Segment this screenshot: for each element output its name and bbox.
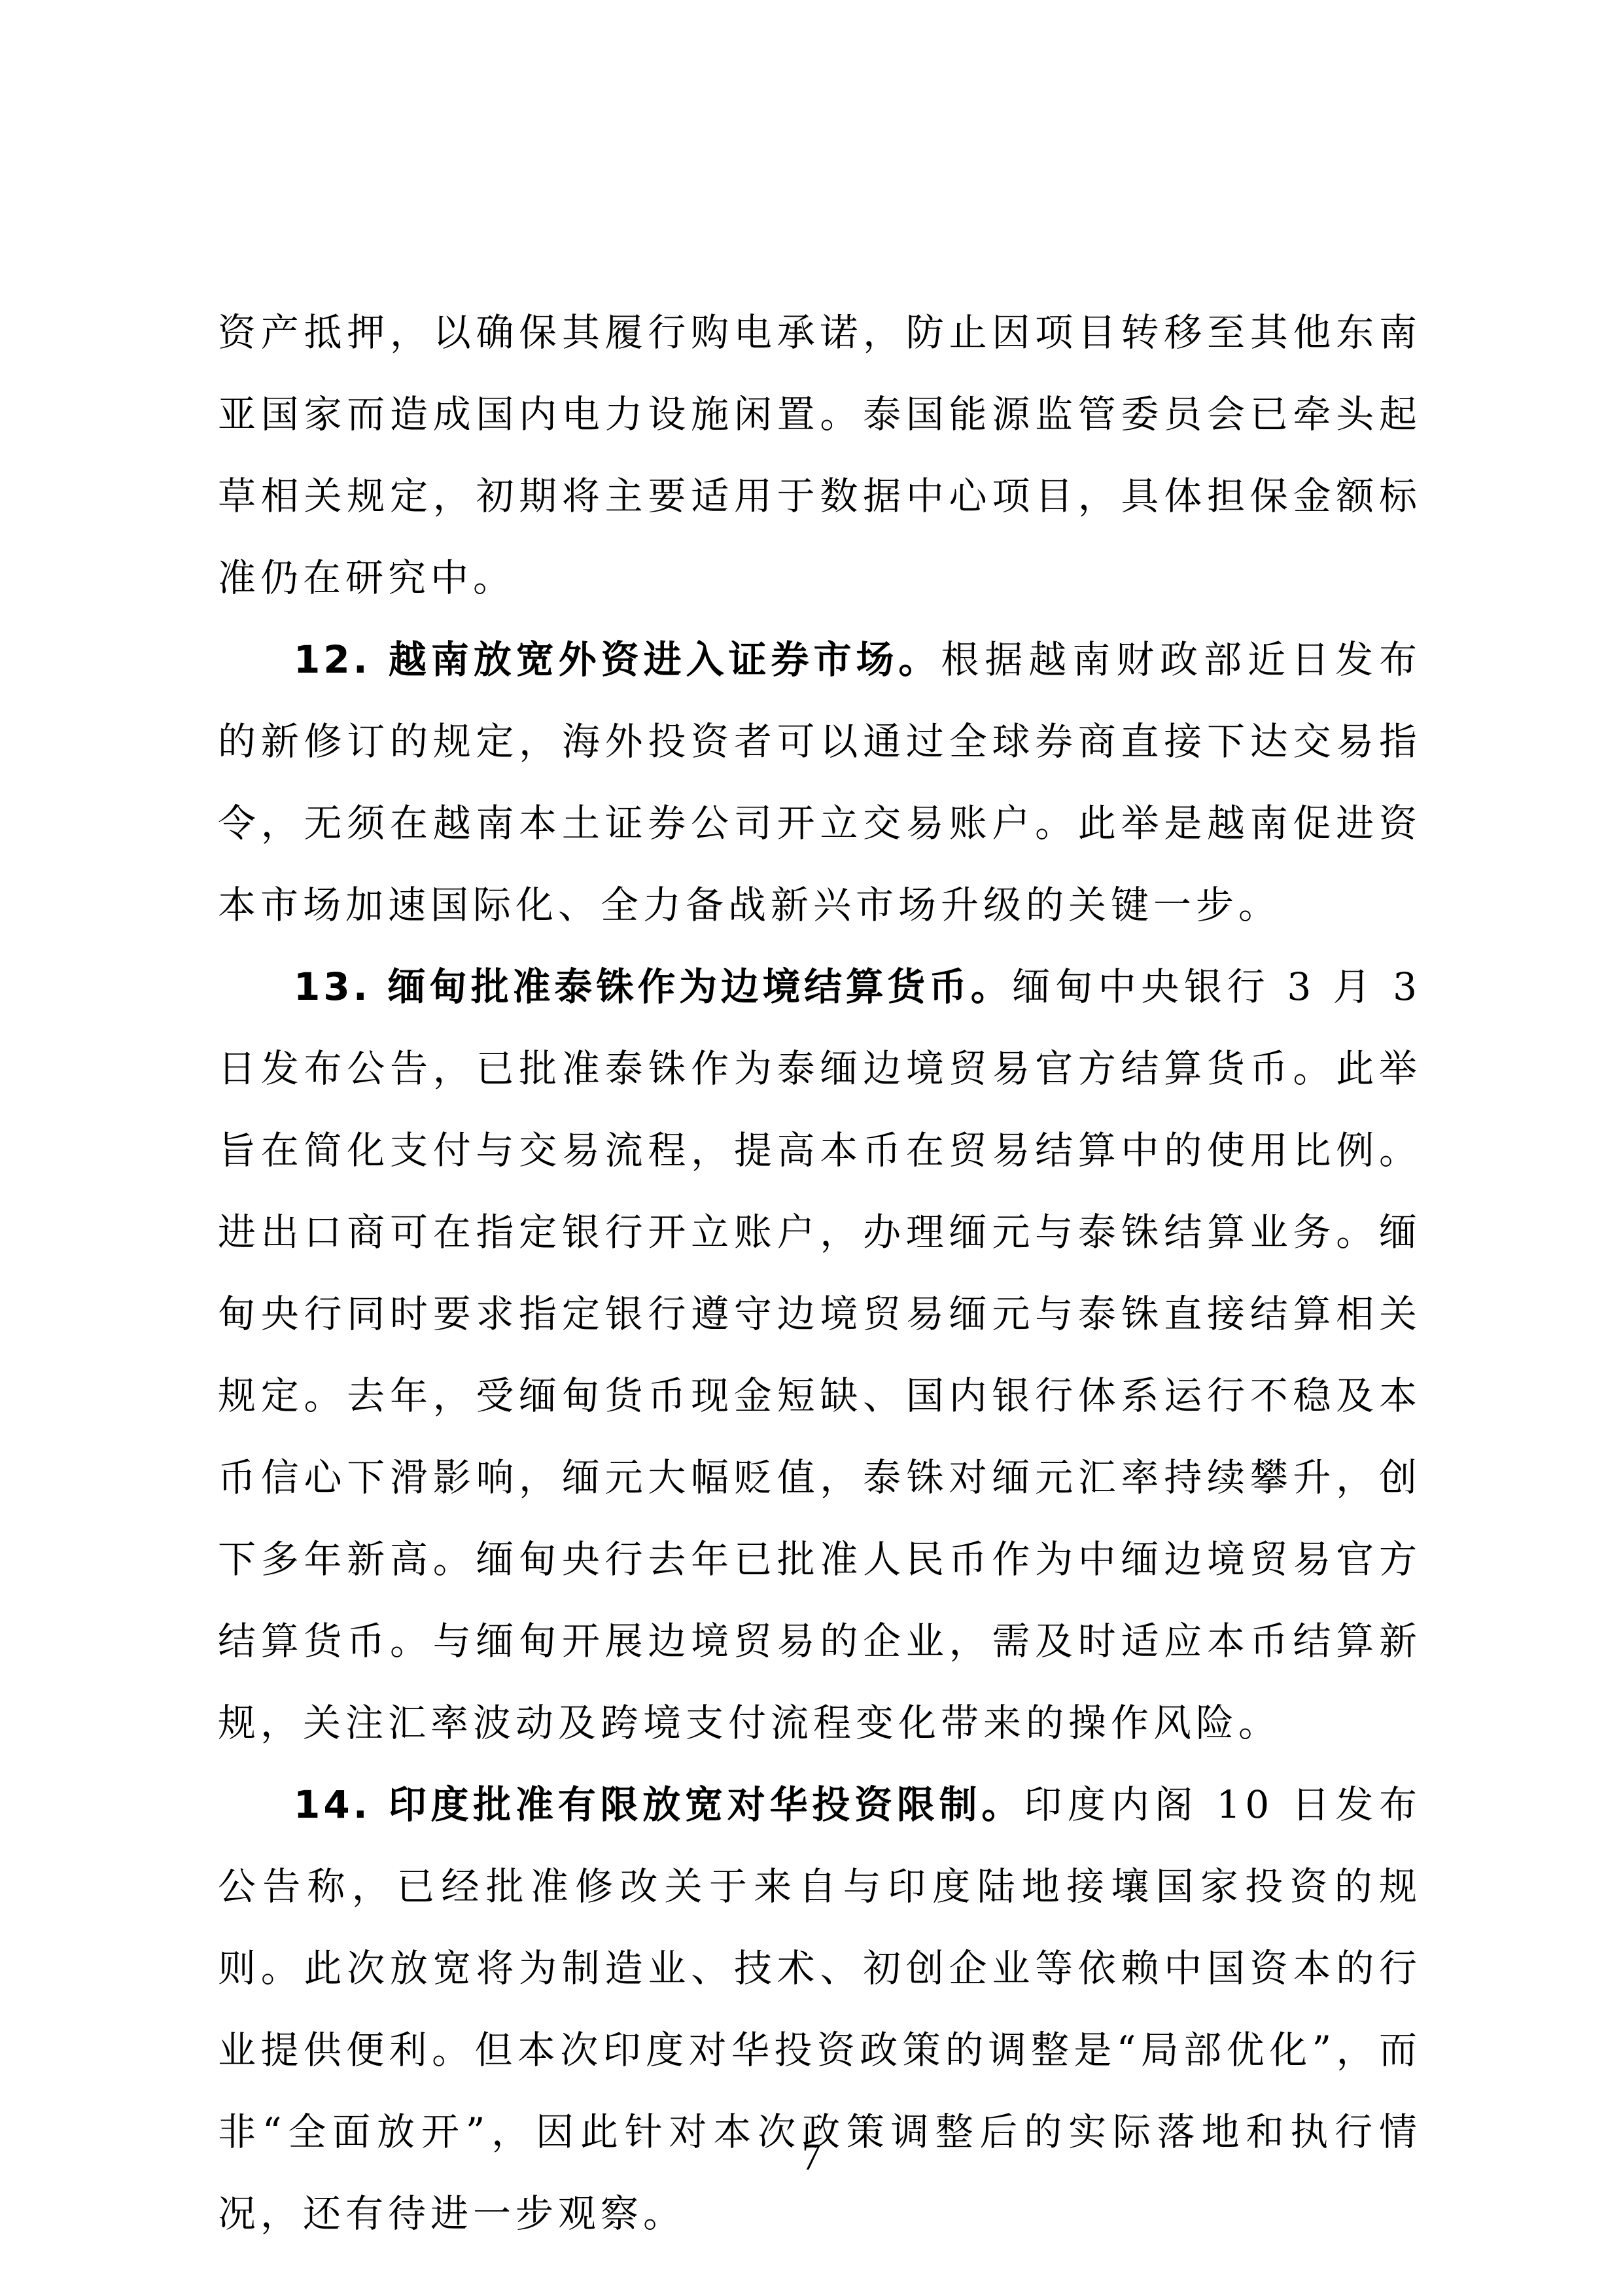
paragraph-item-12: 12. 越南放宽外资进入证券市场。根据越南财政部近日发布的新修订的规定，海外投资… (218, 619, 1422, 946)
item-heading: 13. 缅甸批准泰铢作为边境结算货币。 (294, 964, 1012, 1009)
page-number: 7 (0, 2134, 1623, 2180)
document-page: 资产抵押，以确保其履行购电承诺，防止因项目转移至其他东南亚国家而造成国内电力设施… (0, 0, 1623, 2296)
item-heading: 12. 越南放宽外资进入证券市场。 (294, 637, 941, 682)
paragraph-continuation: 资产抵押，以确保其履行购电承诺，防止因项目转移至其他东南亚国家而造成国内电力设施… (218, 292, 1422, 619)
paragraph-text: 资产抵押，以确保其履行购电承诺，防止因项目转移至其他东南亚国家而造成国内电力设施… (218, 310, 1422, 600)
document-body: 资产抵押，以确保其履行购电承诺，防止因项目转移至其他东南亚国家而造成国内电力设施… (218, 292, 1422, 2255)
paragraph-item-13: 13. 缅甸批准泰铢作为边境结算货币。缅甸中央银行 3 月 3 日发布公告，已批… (218, 946, 1422, 1764)
paragraph-text: 缅甸中央银行 3 月 3 日发布公告，已批准泰铢作为泰缅边境贸易官方结算货币。此… (218, 964, 1422, 1745)
item-heading: 14. 印度批准有限放宽对华投资限制。 (294, 1782, 1024, 1827)
paragraph-item-14: 14. 印度批准有限放宽对华投资限制。印度内阁 10 日发布公告称，已经批准修改… (218, 1764, 1422, 2255)
